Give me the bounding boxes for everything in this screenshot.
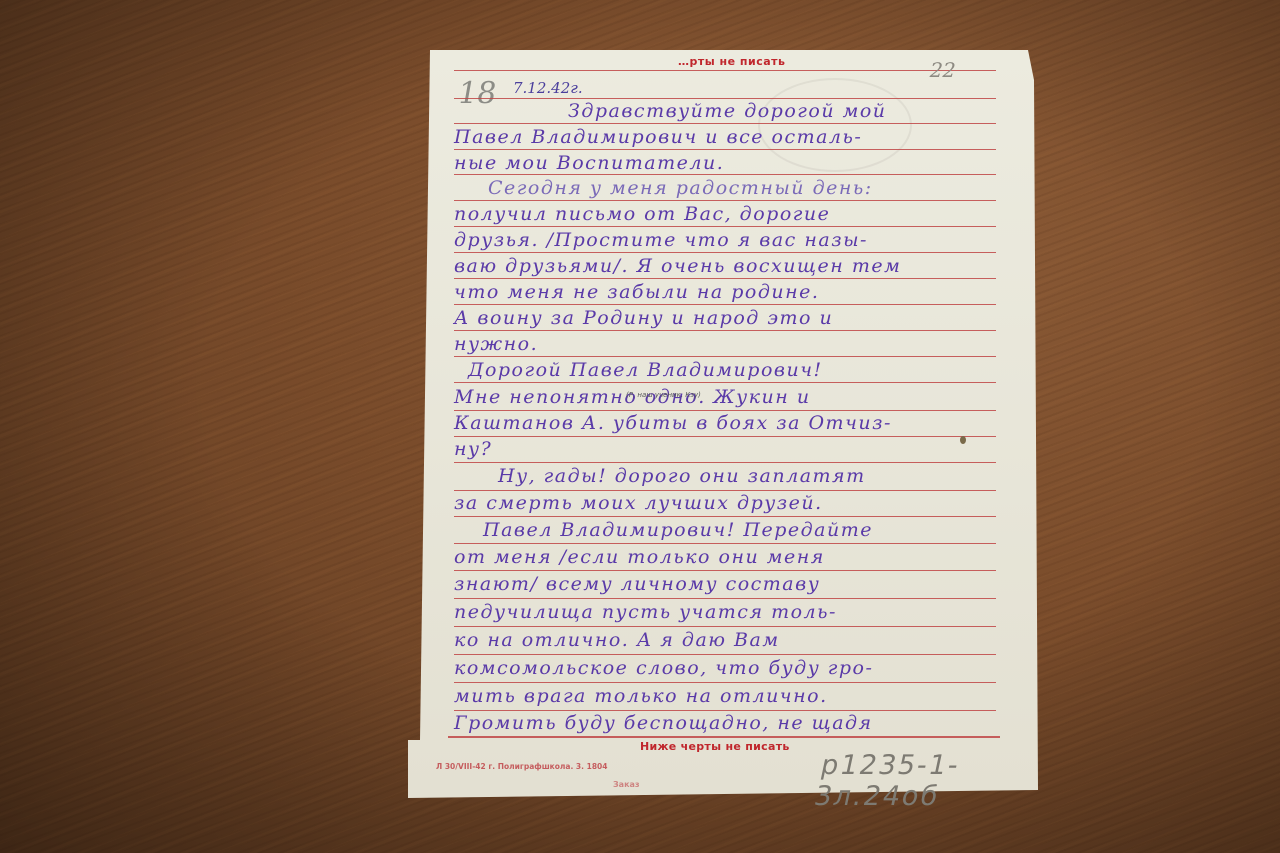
letter-line-2: Павел Владимирович и все осталь-	[454, 126, 862, 148]
header-rule	[454, 70, 996, 71]
letter-line-15: Ну, гады! дорого они заплатят	[498, 465, 866, 487]
ruled-line	[454, 356, 996, 357]
printed-header-notice: …рты не писать	[678, 55, 786, 68]
ruled-line	[454, 252, 996, 253]
ruled-line	[454, 330, 996, 331]
archive-page-number-right: 22	[927, 58, 959, 82]
letter-line-6: друзья. /Простите что я вас назы-	[454, 229, 868, 251]
letter-line-4: Сегодня у меня радостный день:	[488, 177, 873, 199]
letter-line-24: Громить буду беспощадно, не щадя	[454, 712, 873, 734]
ruled-line	[454, 149, 996, 150]
letter-line-13: Каштанов А. убиты в боях за Отчиз-	[454, 412, 892, 434]
ruled-line	[454, 598, 996, 599]
ruled-line	[454, 304, 996, 305]
letter-content: …рты не писать 18 22 7.12.42г. Здравству…	[408, 50, 1038, 798]
ruled-line	[454, 174, 996, 175]
letter-line-8: что меня не забыли на родине.	[454, 281, 819, 303]
letter-line-10: нужно.	[454, 333, 538, 355]
ruled-line	[454, 710, 996, 711]
letter-line-21: ко на отлично. А я даю Вам	[454, 629, 780, 651]
faded-stamp-mark	[758, 78, 912, 172]
archive-reference-code: р1235-1-3л.24об	[811, 750, 1044, 812]
ruled-line	[454, 436, 996, 437]
ruled-line	[454, 410, 996, 411]
letter-line-7: ваю друзьями/. Я очень восхищен тем	[454, 255, 901, 277]
ruled-line	[454, 226, 996, 227]
letter-line-11: Дорогой Павел Владимирович!	[468, 359, 823, 381]
archive-page-number-left: 18	[455, 76, 499, 111]
printer-imprint-secondary: Заказ	[613, 780, 640, 789]
letter-line-1: Здравствуйте дорогой мой	[568, 100, 887, 122]
ruled-line	[454, 654, 996, 655]
ruled-line	[454, 682, 996, 683]
letter-line-22: комсомольское слово, что буду гро-	[454, 657, 873, 679]
letter-line-17: Павел Владимирович! Передайте	[483, 519, 873, 541]
printer-imprint: Л 30/VIII-42 г. Полиграфшкола. 3. 1804	[436, 762, 607, 771]
ruled-line	[454, 200, 996, 201]
letter-line-23: мить врага только на отлично.	[454, 685, 828, 707]
ruled-line	[454, 516, 996, 517]
letter-line-20: педучилища пусть учатся толь-	[454, 601, 837, 623]
ruled-line	[454, 382, 996, 383]
letter-line-14: ну?	[454, 438, 492, 460]
letter-date: 7.12.42г.	[513, 79, 583, 97]
printed-footer-notice: Ниже черты не писать	[640, 740, 790, 753]
ruled-line	[454, 626, 996, 627]
letter-line-5: получил письмо от Вас, дорогие	[454, 203, 830, 225]
ruled-line	[454, 123, 996, 124]
ruled-line	[454, 570, 996, 571]
ruled-line	[454, 98, 996, 99]
ruled-line	[454, 278, 996, 279]
footer-rule	[448, 736, 1000, 738]
letter-line-9: А воину за Родину и народ это и	[454, 307, 833, 329]
ruled-line	[454, 543, 996, 544]
letter-line-18: от меня /если только они меня	[454, 546, 825, 568]
ink-spot	[960, 436, 966, 444]
ruled-line	[454, 490, 996, 491]
pencil-annotation: (Р. наш ученик. Кзу)	[626, 391, 701, 399]
letter-line-16: за смерть моих лучших друзей.	[454, 492, 823, 514]
letter-line-3: ные мои Воспитатели.	[454, 152, 724, 174]
letter-line-19: знают/ всему личному составу	[454, 573, 820, 595]
ruled-line	[454, 462, 996, 463]
